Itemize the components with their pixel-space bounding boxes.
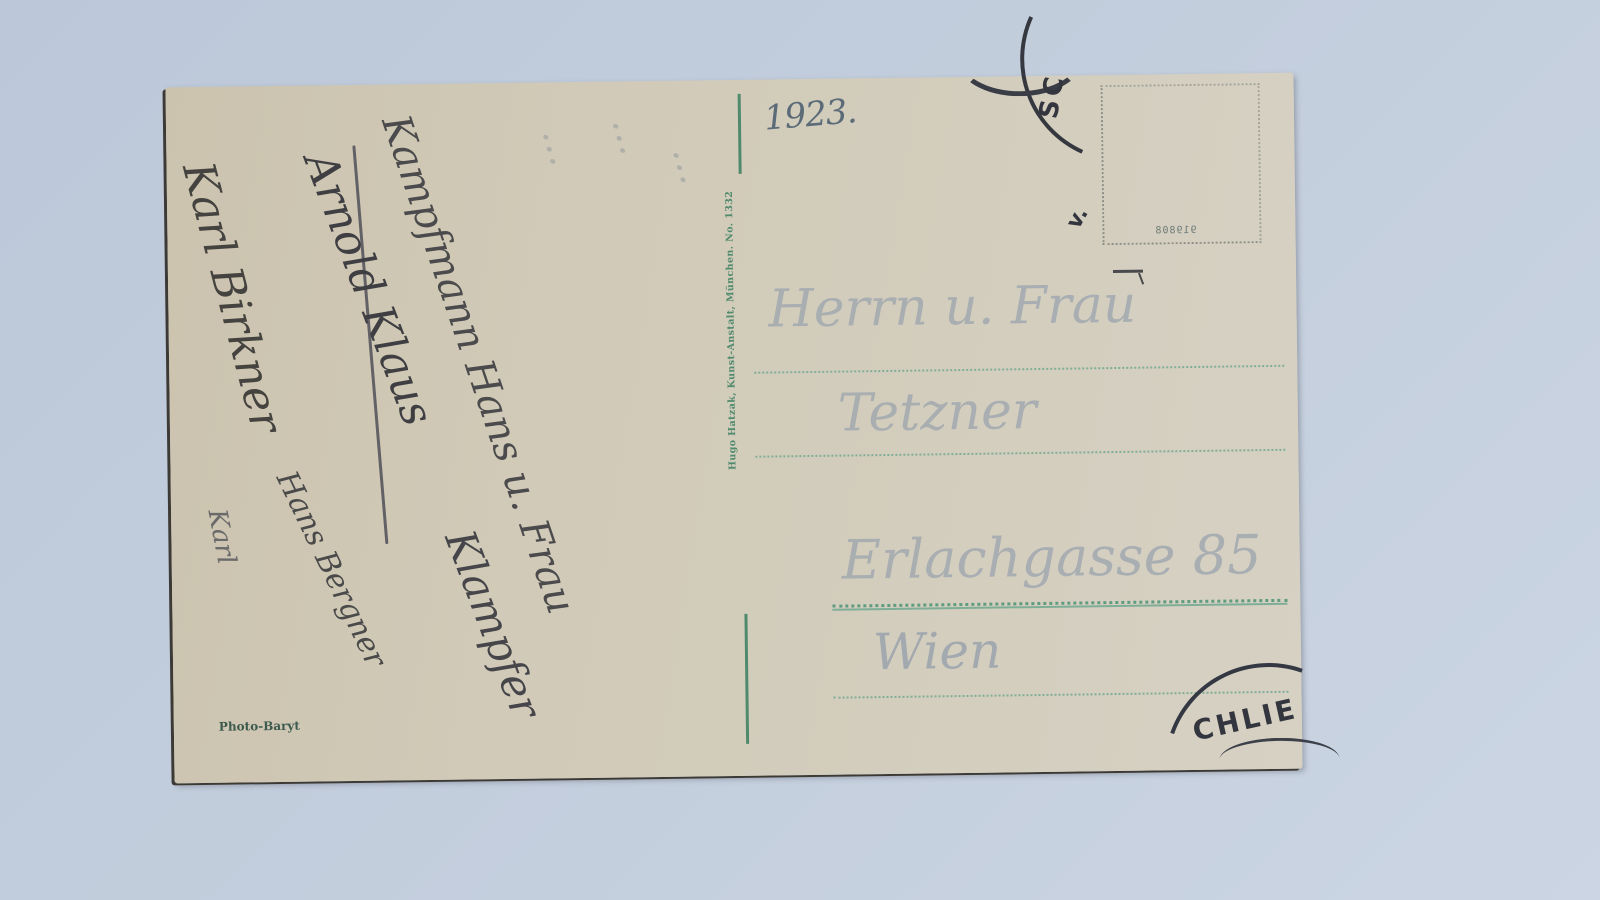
address-city: Wien: [873, 622, 1002, 682]
publisher-imprint: Hugo Hatzak, Kunst-Anstalt, München. No.…: [722, 50, 738, 470]
address-line-3: [832, 599, 1287, 608]
postmark-mark-icon: [1138, 273, 1144, 285]
signature-bergner: Hans Bergner: [269, 466, 393, 673]
postcard-back: Karl Birkner Kampfmann Hans u. Frau Arno…: [165, 73, 1302, 784]
address-name: Tetzner: [837, 381, 1037, 444]
address-recipient: Herrn u. Frau: [768, 275, 1137, 340]
address-street: Erlachgasse 85: [841, 523, 1262, 591]
signature-karl-birkner: Karl Birkner: [172, 157, 292, 439]
address-line-2: [755, 449, 1285, 458]
faint-message-line: …: [534, 122, 587, 171]
faint-message-line: …: [664, 140, 717, 189]
stamp-box-code: 919808: [1154, 225, 1196, 237]
center-divider: [738, 94, 750, 744]
divider-line-bottom: [744, 614, 749, 744]
postmark-top-extra: v.: [1062, 203, 1094, 233]
handwritten-year: 1923.: [762, 91, 857, 139]
faint-message-line: …: [603, 111, 656, 160]
divider-line-top: [738, 94, 742, 174]
address-line-1: [754, 365, 1284, 374]
photo-baryt-label: Photo-Baryt: [219, 719, 300, 734]
signature-karl: Karl: [202, 507, 242, 567]
